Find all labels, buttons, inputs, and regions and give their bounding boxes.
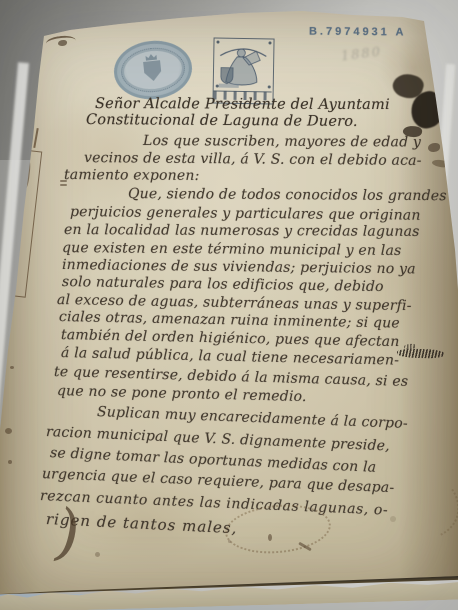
photo-of-manuscript: B.7974931 A 1880 — [0, 0, 458, 610]
photo-color-cast — [0, 0, 458, 610]
